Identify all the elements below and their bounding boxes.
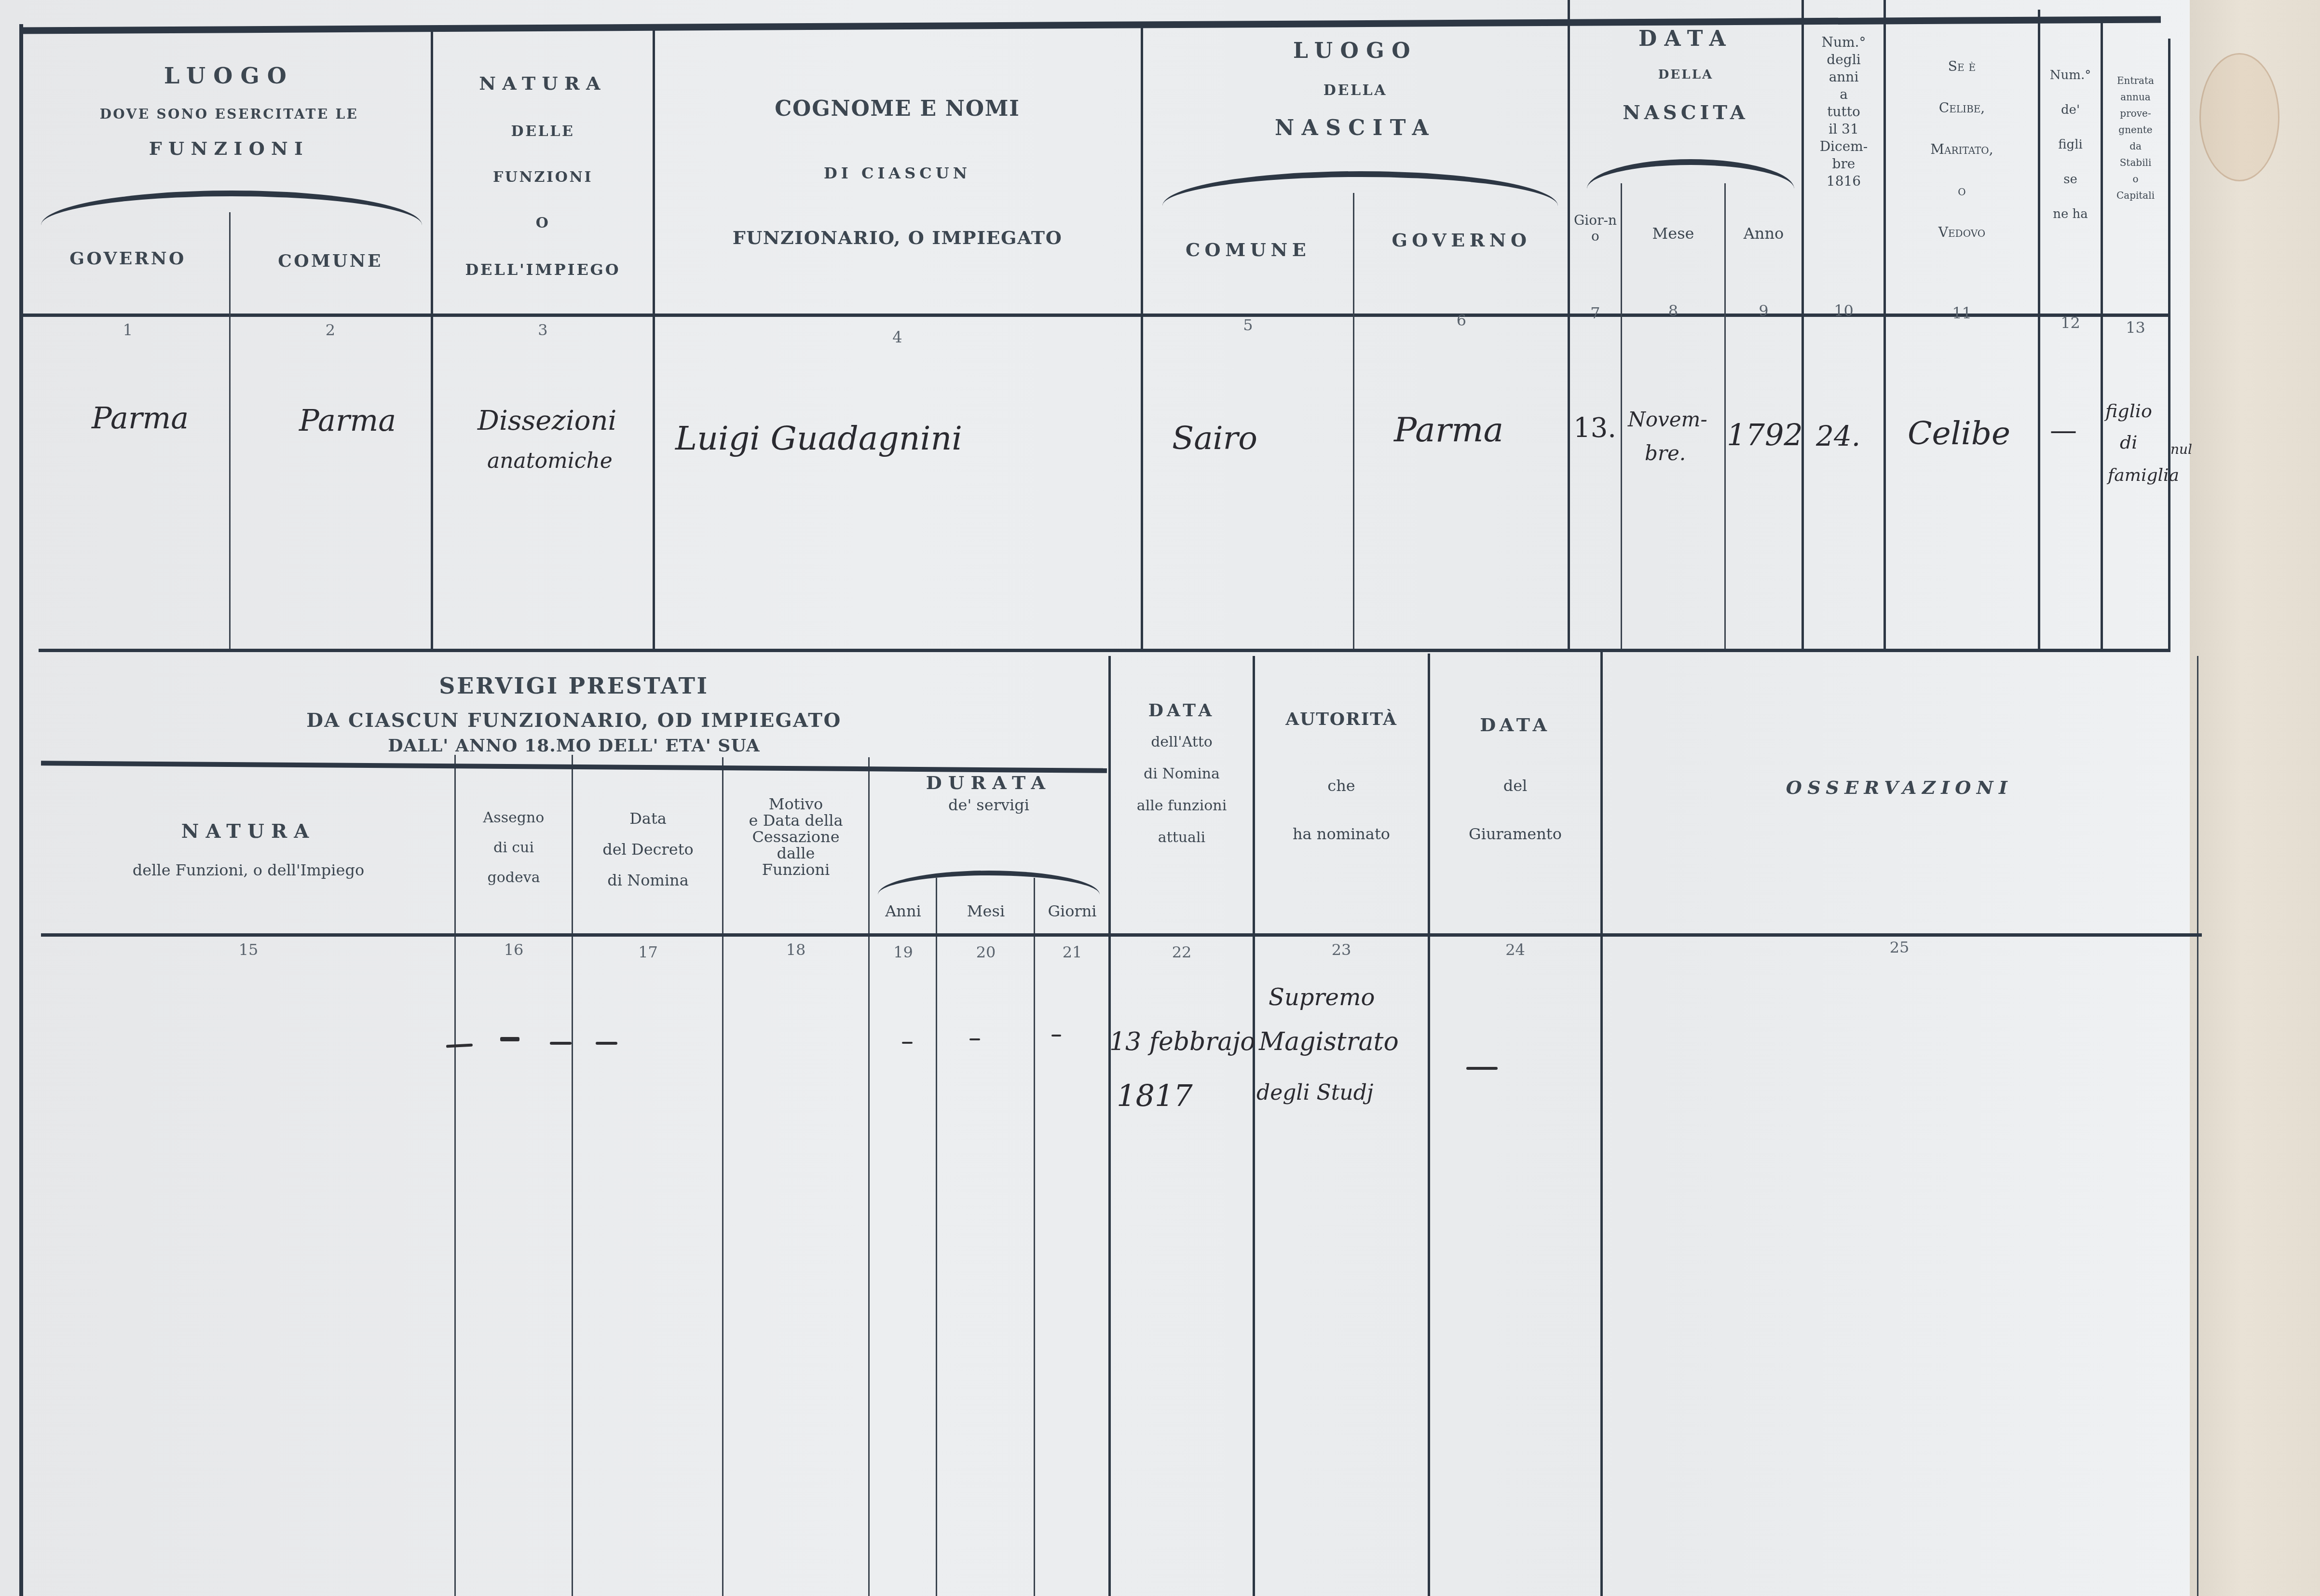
header-data-della: DELLA [1570, 68, 1801, 82]
entry-entrata-line2[interactable]: di [2120, 432, 2137, 453]
header-line: che [1255, 777, 1428, 825]
header-data-nascita-2: NASCITA [1570, 101, 1801, 124]
header-line: Num.° [1804, 34, 1883, 51]
header-data-giuramento: DATA del Giuramento [1430, 714, 1600, 843]
header-ciascun: DI CIASCUN [655, 164, 1140, 182]
col-number: 10 [1804, 301, 1883, 320]
header-data-decreto: Data del Decreto di Nomina [574, 803, 722, 896]
header-line: AUTORITÀ [1255, 709, 1428, 777]
header-stato-civile: Se è Celibe, Maritato, o Vedovo [1886, 46, 2038, 253]
header-line: di Nomina [1111, 758, 1253, 790]
col-number: 16 [456, 941, 572, 959]
header-line: Dicem- [1804, 138, 1883, 155]
col-divider [572, 755, 573, 1596]
header-entrata: Entrata annua prove- gnente da Stabili o… [2103, 72, 2168, 204]
entry-comune[interactable]: Parma [299, 403, 396, 438]
header-funzioni: FUNZIONI [29, 137, 429, 159]
entry-entrata-line3[interactable]: famiglia [2108, 465, 2179, 485]
header-data-nascita: DATA [1570, 27, 1801, 51]
entry-col14-partial: nul [2170, 441, 2192, 457]
header-line: di Nomina [574, 865, 722, 896]
header-line: degli [1804, 51, 1883, 68]
header-line: Se è [1886, 46, 2038, 87]
header-line: Data [574, 803, 722, 834]
col-number: 13 [2103, 318, 2168, 337]
header-line: Celibe, [1886, 87, 2038, 129]
header-servigi-2: DA CIASCUN FUNZIONARIO, OD IMPIEGATO [41, 709, 1107, 732]
col-number: 7 [1570, 304, 1621, 322]
header-line: godeva [456, 863, 572, 893]
left-border [19, 24, 23, 1596]
header-line: Giuramento [1430, 825, 1600, 843]
header-giorni: Giorni [1036, 902, 1108, 920]
entry-mese-line1[interactable]: Novem- [1628, 408, 1707, 431]
header-line: dalle [723, 845, 868, 861]
header-line: DATA [1430, 714, 1600, 777]
col-divider [1724, 183, 1726, 649]
header-natura-delle: DELLE [433, 123, 653, 140]
header-luogo-sub: DOVE SONO ESERCITATE LE [29, 106, 429, 122]
header-line: Cessazione [723, 829, 868, 845]
header-servigi-3: DALL' ANNO 18.MO DELL' ETA' SUA [41, 736, 1107, 756]
col-number: 21 [1036, 943, 1108, 961]
entry-assegno-dash[interactable] [500, 1037, 519, 1041]
header-line: Maritato, [1886, 129, 2038, 170]
header-osservazioni: OSSERVAZIONI [1603, 777, 2196, 798]
entry-motivo-dash[interactable] [596, 1042, 617, 1045]
header-anno: Anno [1726, 224, 1801, 243]
col-number: 11 [1886, 304, 2038, 322]
header-governo-nascita: GOVERNO [1355, 229, 1568, 251]
header-line: Funzioni [723, 861, 868, 878]
col-divider [936, 878, 937, 1596]
col-number: 12 [2040, 314, 2101, 332]
header-anni: Anni [871, 902, 936, 920]
header-mesi: Mesi [938, 902, 1034, 920]
entry-anno[interactable]: 1792 [1727, 417, 1803, 452]
col-divider [868, 757, 870, 1596]
header-governo: GOVERNO [29, 248, 227, 269]
col-number: 25 [1603, 938, 2196, 956]
header-line: a [1804, 86, 1883, 103]
header-line: e Data della [723, 812, 868, 829]
header-durata-sub: de' servigi [871, 796, 1107, 814]
header-natura-o: O [433, 215, 653, 232]
header-line: se [2040, 162, 2101, 197]
col-number: 5 [1143, 316, 1353, 334]
header-line: de' [2040, 93, 2101, 127]
entry-natura-line1[interactable]: Dissezioni [478, 405, 617, 437]
book-binding [2190, 0, 2320, 1596]
entry-autorita-line2[interactable]: Magistrato [1259, 1027, 1399, 1056]
right-edge [2197, 656, 2198, 1596]
header-line: prove- [2103, 105, 2168, 122]
header-line: Assegno [456, 803, 572, 833]
entry-natura-line2[interactable]: anatomiche [487, 449, 613, 473]
header-num-anni: Num.° degli anni a tutto il 31 Dicem- br… [1804, 34, 1883, 190]
col-number: 18 [723, 941, 868, 959]
col-number: 24 [1430, 941, 1600, 959]
entry-giorni-dash[interactable] [1051, 1035, 1061, 1037]
header-comune: COMUNE [232, 251, 429, 271]
header-line: del Decreto [574, 834, 722, 865]
header-luogo: LUOGO [29, 63, 429, 89]
header-data-atto: DATA dell'Atto di Nomina alle funzioni a… [1111, 695, 1253, 854]
entry-entrata-line1[interactable]: figlio [2105, 400, 2152, 422]
col-divider [2168, 39, 2170, 649]
col-number: 4 [655, 328, 1140, 346]
col-divider [229, 212, 231, 649]
col-number: 19 [871, 943, 936, 961]
header-funzionario: FUNZIONARIO, O IMPIEGATO [655, 227, 1140, 248]
header-line: tutto [1804, 103, 1883, 121]
header-line: Capitali [2103, 187, 2168, 204]
section-divider [39, 649, 2170, 652]
header-line: Vedovo [1886, 212, 2038, 253]
header-line: Entrata [2103, 72, 2168, 89]
entry-data-atto-line2[interactable]: 1817 [1117, 1078, 1193, 1113]
col-number: 6 [1355, 311, 1568, 329]
col-divider [1568, 0, 1570, 649]
header-line: o [2103, 171, 2168, 187]
entry-giuramento-dash[interactable] [1466, 1067, 1498, 1070]
header-line: del [1430, 777, 1600, 825]
paper-stain [2199, 53, 2279, 181]
col-number: 8 [1622, 301, 1724, 320]
header-nascita: NASCITA [1143, 116, 1568, 140]
col-number: 22 [1111, 943, 1253, 961]
header-line: o [1886, 170, 2038, 212]
col-divider [1621, 183, 1622, 649]
header-giorno: Gior-no [1570, 212, 1621, 244]
header-natura: NATURA [433, 72, 653, 94]
header-natura-bottom: NATURA [43, 820, 453, 843]
header-line: bre [1804, 155, 1883, 173]
header-num-figli: Num.° de' figli se ne ha [2040, 58, 2101, 232]
header-line: annua [2103, 89, 2168, 105]
col-number: 2 [232, 321, 429, 339]
header-durata: DURATA [871, 772, 1107, 793]
header-line: ne ha [2040, 197, 2101, 232]
header-line: ha nominato [1255, 825, 1428, 843]
col-divider [722, 757, 723, 1596]
header-line: Motivo [723, 796, 868, 812]
header-natura-impiego: DELL'IMPIEGO [433, 260, 653, 279]
header-autorita: AUTORITÀ che ha nominato [1255, 709, 1428, 843]
col-divider [1353, 193, 1354, 649]
col-number: 17 [574, 943, 722, 961]
header-luogo-nascita: LUOGO [1143, 39, 1568, 63]
header-line: 1816 [1804, 173, 1883, 190]
header-line: dell'Atto [1111, 726, 1253, 758]
entry-giorno[interactable]: 13. [1573, 412, 1616, 444]
header-line: alle funzioni [1111, 790, 1253, 822]
header-della: DELLA [1143, 82, 1568, 99]
header-line: Stabili [2103, 154, 2168, 171]
entry-anni-dash[interactable] [902, 1042, 913, 1044]
header-rule-bottom [41, 933, 2202, 937]
header-line: il 31 [1804, 121, 1883, 138]
entry-mese-line2[interactable]: bre. [1645, 441, 1686, 465]
entry-autorita-line1[interactable]: Supremo [1269, 984, 1375, 1011]
header-assegno: Assegno di cui godeva [456, 803, 572, 893]
col-divider [1034, 878, 1035, 1596]
entry-figli[interactable]: — [2050, 415, 2077, 446]
entry-nome[interactable]: Luigi Guadagnini [675, 420, 962, 458]
header-comune-nascita: COMUNE [1143, 239, 1353, 260]
col-number: 1 [29, 321, 227, 339]
header-natura-funzioni: FUNZIONI [433, 169, 653, 186]
entry-comune-nascita[interactable]: Sairo [1172, 420, 1257, 457]
col-number: 20 [938, 943, 1034, 961]
col-number: 15 [43, 941, 453, 959]
entry-autorita-line3[interactable]: degli Studj [1256, 1080, 1373, 1105]
entry-data-atto-line1[interactable]: 13 febbrajo [1109, 1027, 1256, 1056]
header-line: di cui [456, 833, 572, 863]
header-line: gnente [2103, 122, 2168, 138]
entry-governo[interactable]: Parma [92, 400, 189, 436]
header-line: attuali [1111, 822, 1253, 854]
header-line: figli [2040, 127, 2101, 162]
header-mese: Mese [1622, 224, 1724, 243]
header-line: da [2103, 138, 2168, 154]
col-number: 3 [433, 321, 653, 339]
header-natura-bottom-sub: delle Funzioni, o dell'Impiego [43, 861, 453, 879]
col-number: 23 [1255, 941, 1428, 959]
entry-eta[interactable]: 24. [1816, 420, 1860, 452]
header-motivo: Motivo e Data della Cessazione dalle Fun… [723, 796, 868, 878]
entry-stato[interactable]: Celibe [1908, 415, 2010, 452]
col-number: 9 [1726, 301, 1801, 320]
entry-decreto-dash[interactable] [550, 1042, 572, 1045]
entry-governo-nascita[interactable]: Parma [1394, 410, 1503, 450]
header-line: Num.° [2040, 58, 2101, 93]
entry-mesi-dash[interactable] [969, 1038, 980, 1040]
header-servigi: SERVIGI PRESTATI [41, 673, 1107, 699]
header-cognome: COGNOME E NOMI [655, 96, 1140, 121]
entry-osservazioni[interactable] [1606, 960, 2195, 1587]
header-line: DATA [1111, 695, 1253, 726]
header-line: anni [1804, 68, 1883, 86]
